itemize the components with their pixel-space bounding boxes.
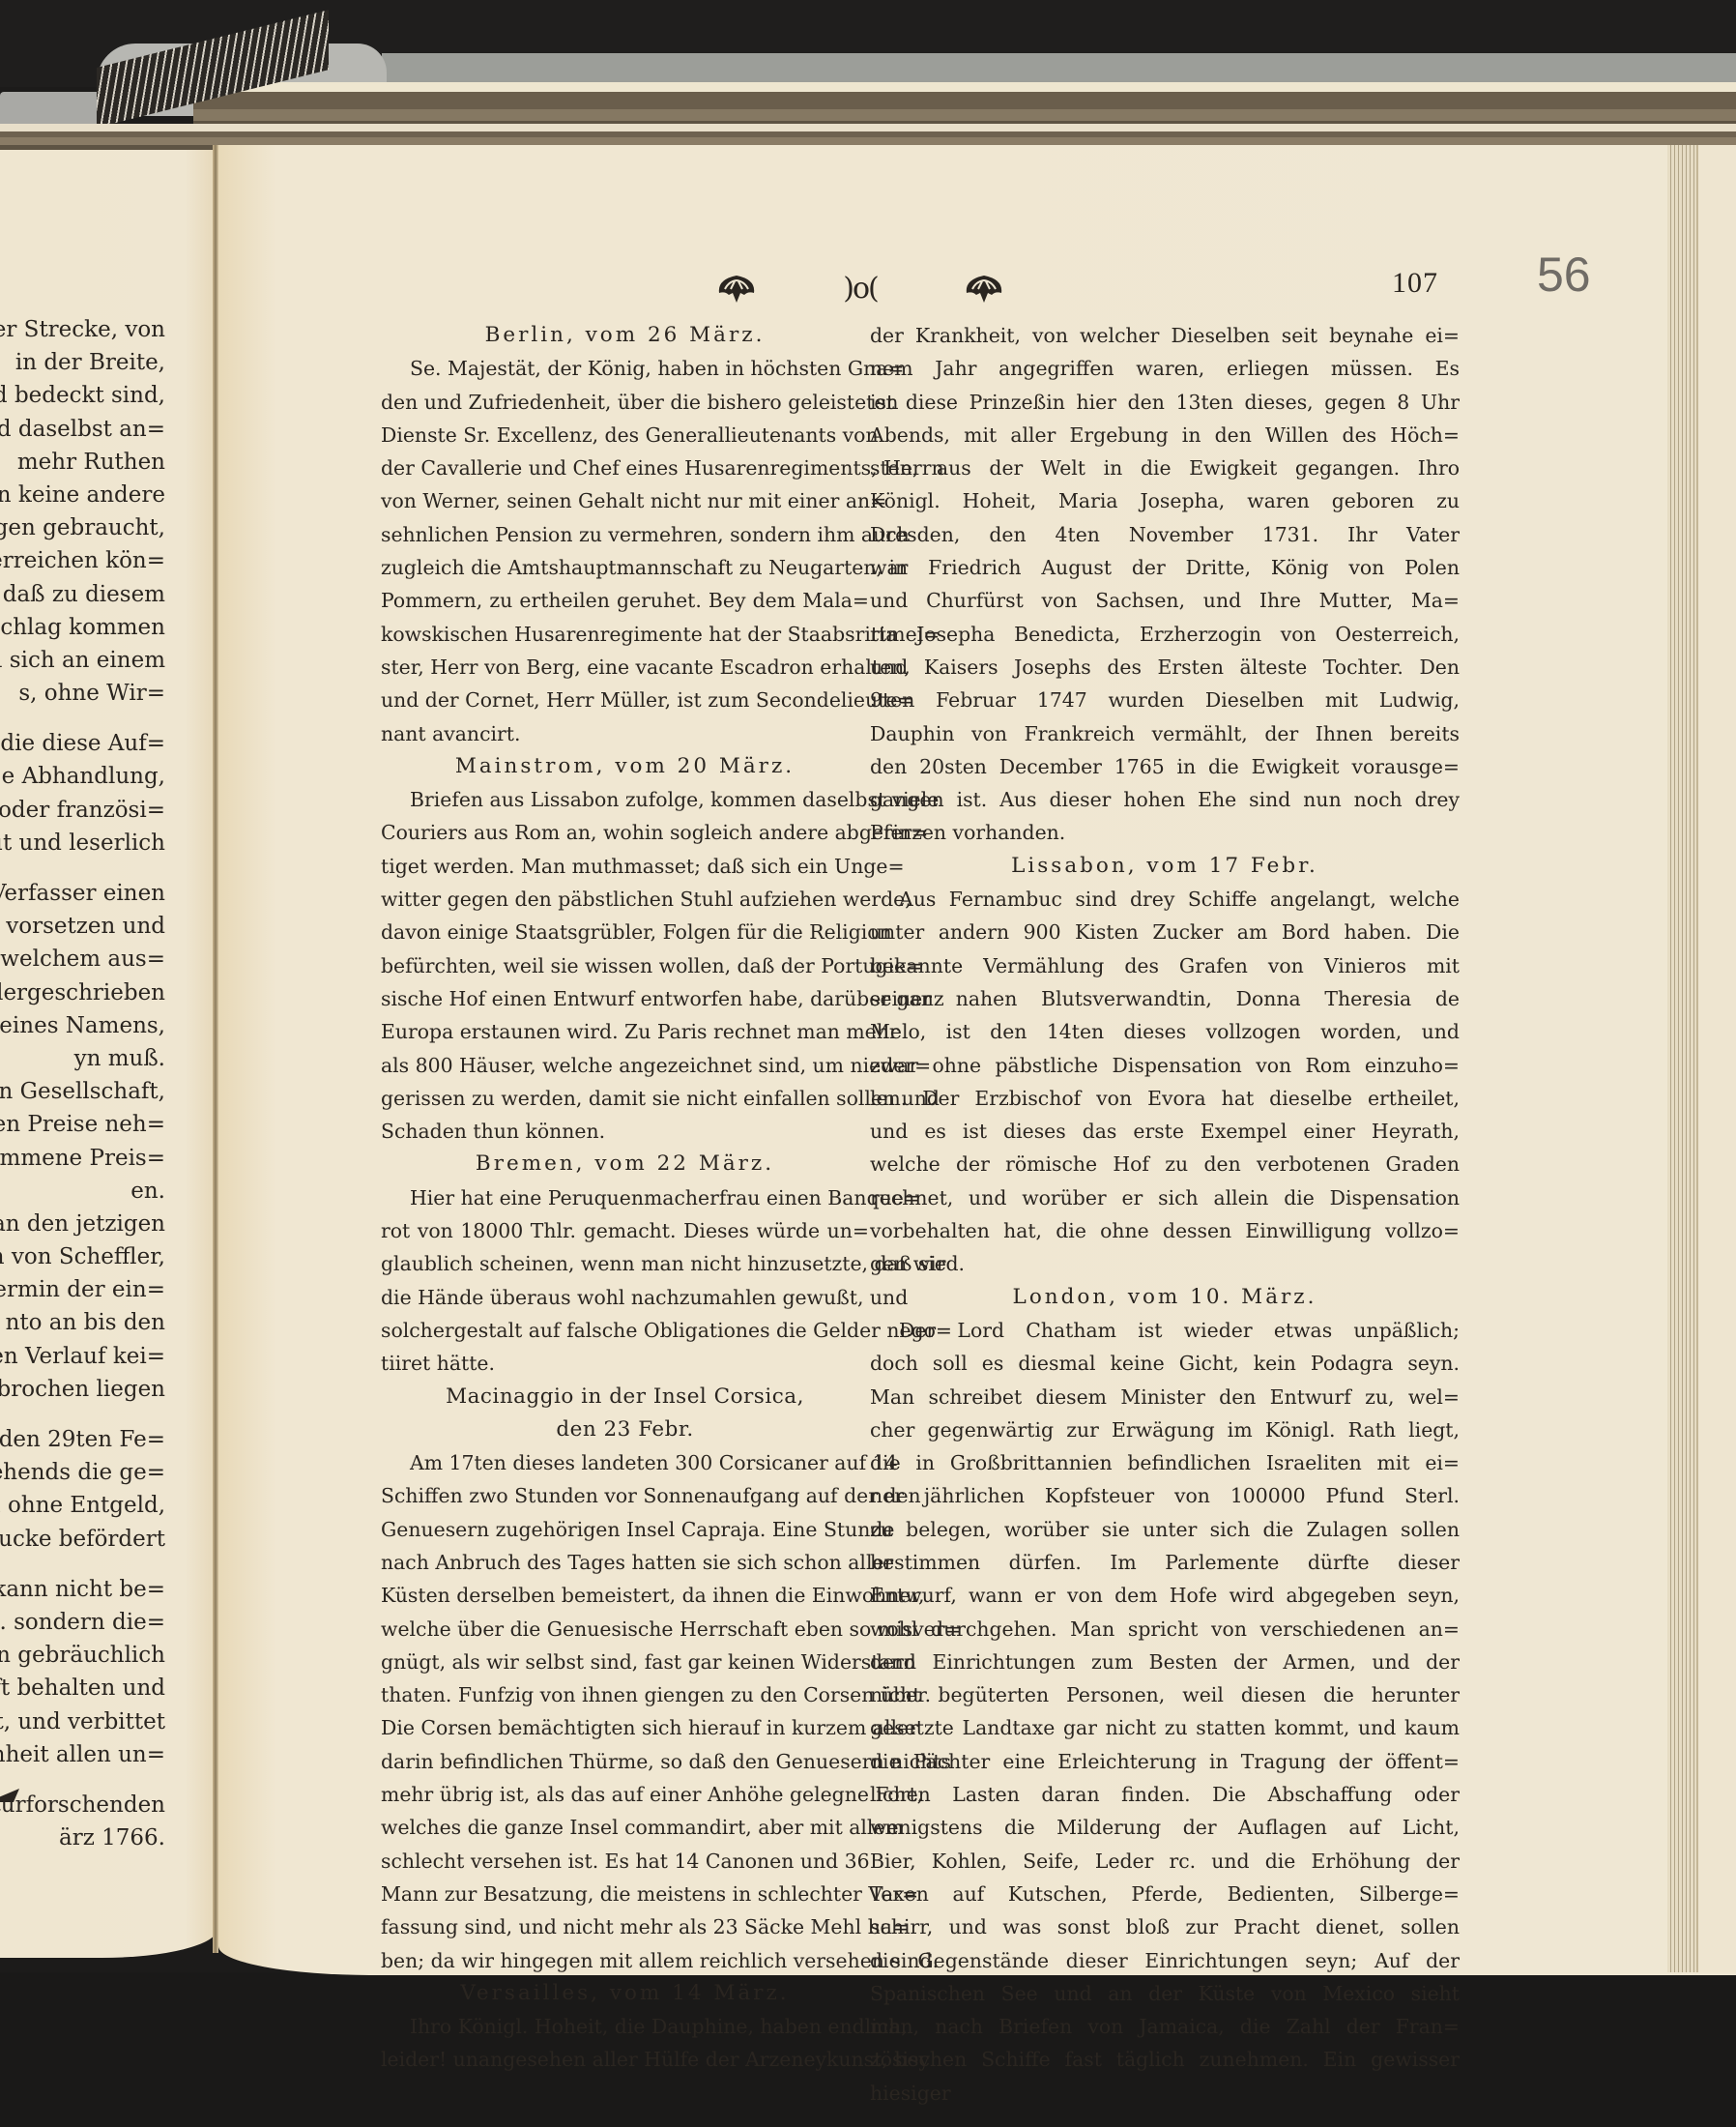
text-line: war Friedrich August der Dritte, König v… bbox=[870, 551, 1460, 584]
book-cover-edge bbox=[382, 53, 1736, 82]
text-line-fragment: . an den jetzigen bbox=[0, 1208, 165, 1240]
text-line-fragment: f den 29ten Fe= bbox=[0, 1423, 165, 1456]
text-line: Man schreibet diesem Minister den Entwur… bbox=[870, 1381, 1460, 1413]
text-line: unter andern 900 Kisten Zucker am Bord h… bbox=[870, 916, 1460, 948]
text-line-fragment: niedergeschrieben bbox=[0, 976, 165, 1009]
text-line: den und Zufriedenheit, über die bishero … bbox=[381, 386, 869, 419]
text-line: Taxen auf Kutschen, Pferde, Bedienten, S… bbox=[870, 1878, 1460, 1910]
text-line-fragment: enheit allen un= bbox=[0, 1738, 165, 1771]
text-line: witter gegen den päbstlichen Stuhl aufzi… bbox=[381, 883, 869, 916]
text-line: und es ist dieses das erste Exempel eine… bbox=[870, 1115, 1460, 1148]
text-line: Prinzen vorhanden. bbox=[870, 816, 1460, 849]
text-line: Genuesern zugehörigen Insel Capraja. Ein… bbox=[381, 1513, 869, 1546]
page-number: 107 bbox=[1392, 267, 1438, 300]
text-line-fragment: d ohne Entgeld, bbox=[0, 1489, 165, 1522]
text-line: gesetzte Landtaxe gar nicht zu statten k… bbox=[870, 1711, 1460, 1744]
text-line: die Pächter eine Erleichterung in Tragun… bbox=[870, 1745, 1460, 1778]
text-line: sten, aus der Welt in die Ewigkeit gegan… bbox=[870, 452, 1460, 484]
text-line-fragment: ht erreichen kön= bbox=[0, 544, 165, 577]
text-line: solchergestalt auf falsche Obligationes … bbox=[381, 1314, 869, 1347]
page-fore-edge-outer bbox=[1696, 145, 1736, 1972]
text-line: und Churfürst von Sachsen, und Ihre Mutt… bbox=[870, 584, 1460, 617]
text-line: man, nach Briefen von Jamaica, die Zahl … bbox=[870, 2010, 1460, 2043]
text-line-fragment: Drucke befördert bbox=[0, 1523, 165, 1556]
paragraph-gap bbox=[0, 1406, 165, 1423]
text-line: kowskischen Husarenregimente hat der Sta… bbox=[381, 618, 869, 651]
text-line-fragment: seines Namens, bbox=[0, 1009, 165, 1042]
article-dateline: Berlin, vom 26 März. bbox=[381, 319, 869, 352]
paragraph-gap bbox=[0, 860, 165, 877]
text-line: tiiret hätte. bbox=[381, 1347, 869, 1380]
text-line: bestimmen dürfen. Im Parlemente dürfte d… bbox=[870, 1546, 1460, 1579]
text-line: von Werner, seinen Gehalt nicht nur mit … bbox=[381, 484, 869, 517]
text-line: davon einige Staatsgrübler, Folgen für d… bbox=[381, 916, 869, 948]
text-line: zugleich die Amtshauptmannschaft zu Neug… bbox=[381, 551, 869, 584]
text-line: welche über die Genuesische Herrschaft e… bbox=[381, 1613, 869, 1646]
text-line: sehnlichen Pension zu vermehren, sondern… bbox=[381, 518, 869, 551]
text-line-fragment: n sich an einem bbox=[0, 644, 165, 677]
text-line: cher gegenwärtig zur Erwägung im Königl.… bbox=[870, 1413, 1460, 1446]
text-line: Königl. Hoheit, Maria Josepha, waren geb… bbox=[870, 484, 1460, 517]
text-line: Europa erstaunen wird. Zu Paris rechnet … bbox=[381, 1015, 869, 1048]
text-line: nant avancirt. bbox=[381, 717, 869, 750]
text-line: und der Cornet, Herr Müller, ist zum Sec… bbox=[381, 684, 869, 716]
text-line: tiget werden. Man muthmasset; daß sich e… bbox=[381, 850, 869, 883]
text-line: Abends, mit aller Ergebung in den Willen… bbox=[870, 419, 1460, 452]
text-line: befürchten, weil sie wissen wollen, daß … bbox=[381, 949, 869, 982]
text-line-fragment: h vorsetzen und bbox=[0, 910, 165, 943]
text-line: 9ten Februar 1747 wurden Dieselben mit L… bbox=[870, 684, 1460, 716]
text-line-fragment: ten Preise neh= bbox=[0, 1108, 165, 1141]
text-line: ist diese Prinzeßin hier den 13ten diese… bbox=[870, 386, 1460, 419]
article-dateline: Macinaggio in der Insel Corsica, bbox=[381, 1381, 869, 1413]
text-line: die in Großbrittannien befindlichen Isra… bbox=[870, 1446, 1460, 1479]
text-line-fragment: f welchem aus= bbox=[0, 943, 165, 976]
text-line-fragment: nto an bis den bbox=[0, 1306, 165, 1339]
article-dateline: Lissabon, vom 17 Febr. bbox=[870, 850, 1460, 883]
text-line: vorbehalten hat, die ohne dessen Einwill… bbox=[870, 1214, 1460, 1247]
text-line-fragment: gen gebraucht, bbox=[0, 511, 165, 544]
article-dateline: Mainstrom, vom 20 März. bbox=[381, 750, 869, 783]
text-line: Briefen aus Lissabon zufolge, kommen das… bbox=[381, 783, 869, 816]
article-dateline: den 23 Febr. bbox=[381, 1413, 869, 1446]
text-line-fragment: kommene Preis= bbox=[0, 1142, 165, 1175]
text-line-fragment: Verfasser einen bbox=[0, 877, 165, 910]
text-line: rot von 18000 Thlr. gemacht. Dieses würd… bbox=[381, 1214, 869, 1247]
text-line-fragment: n von Scheffler, bbox=[0, 1240, 165, 1273]
text-line: Melo, ist den 14ten dieses vollzogen wor… bbox=[870, 1015, 1460, 1048]
text-line: lichen Lasten daran finden. Die Abschaff… bbox=[870, 1778, 1460, 1811]
pencil-archive-number: 56 bbox=[1537, 247, 1591, 303]
text-line: schlecht versehen ist. Es hat 14 Canonen… bbox=[381, 1845, 869, 1878]
text-line: Mann zur Besatzung, die meistens in schl… bbox=[381, 1878, 869, 1910]
text-line: gen wird. bbox=[870, 1247, 1460, 1280]
text-line: nach Anbruch des Tages hatten sie sich s… bbox=[381, 1546, 869, 1579]
text-line: gerissen zu werden, damit sie nicht einf… bbox=[381, 1082, 869, 1115]
text-line: thaten. Funfzig von ihnen giengen zu den… bbox=[381, 1678, 869, 1711]
text-line-fragment: hten gebräuchlich bbox=[0, 1639, 165, 1672]
text-line: sische Hof einen Entwurf entworfen habe,… bbox=[381, 982, 869, 1015]
text-line-fragment: mehr Ruthen bbox=[0, 446, 165, 479]
text-line: leider! unangesehen aller Hülfe der Arze… bbox=[381, 2043, 869, 2076]
text-line: ner jährlichen Kopfsteuer von 100000 Pfu… bbox=[870, 1479, 1460, 1512]
text-line-fragment: daß zu diesem bbox=[0, 578, 165, 611]
text-line: Küsten derselben bemeistert, da ihnen di… bbox=[381, 1579, 869, 1612]
shell-ornament-icon bbox=[715, 272, 758, 305]
text-line: der Cavallerie und Chef eines Husarenreg… bbox=[381, 452, 869, 484]
text-line: ria Josepha Benedicta, Erzherzogin von O… bbox=[870, 618, 1460, 651]
text-line-fragment: and daselbst an= bbox=[0, 413, 165, 446]
text-line: Am 17ten dieses landeten 300 Corsicaner … bbox=[381, 1446, 869, 1479]
text-line: Couriers aus Rom an, wohin sogleich ande… bbox=[381, 816, 869, 849]
text-line: glaublich scheinen, wenn man nicht hinzu… bbox=[381, 1247, 869, 1280]
paragraph-gap bbox=[0, 1771, 165, 1789]
text-line: Dauphin von Frankreich vermählt, der Ihn… bbox=[870, 717, 1460, 750]
article-dateline: Bremen, vom 22 März. bbox=[381, 1148, 869, 1180]
text-line: die Gegenstände dieser Einrichtungen sey… bbox=[870, 1944, 1460, 1977]
text-line-fragment: n oder französi= bbox=[0, 794, 165, 827]
text-line: seiner nahen Blutsverwandtin, Donna Ther… bbox=[870, 982, 1460, 1015]
text-line-fragment: and bedeckt sind, bbox=[0, 379, 165, 412]
text-line-fragment: en. bbox=[0, 1175, 165, 1208]
text-line: Spanischen See und an der Küste von Mexi… bbox=[870, 1977, 1460, 2010]
text-line-fragment: yn muß. bbox=[0, 1042, 165, 1075]
article-dateline: Versailles, vom 14 März. bbox=[381, 1977, 869, 2010]
text-line: nicht begüterten Personen, weil diesen d… bbox=[870, 1678, 1460, 1711]
text-line: welches die ganze Insel commandirt, aber… bbox=[381, 1811, 869, 1844]
text-line: dern Einrichtungen zum Besten der Armen,… bbox=[870, 1646, 1460, 1678]
page-header-ornaments: )o( bbox=[715, 269, 1005, 307]
article-dateline: London, vom 10. März. bbox=[870, 1281, 1460, 1314]
divider-ornament-icon: )o( bbox=[843, 272, 877, 306]
page-fore-edge bbox=[1667, 145, 1696, 1972]
book-gutter bbox=[213, 145, 218, 1953]
text-line: gangen ist. Aus dieser hohen Ehe sind nu… bbox=[870, 783, 1460, 816]
text-line-fragment: erbrochen liegen bbox=[0, 1373, 165, 1406]
text-line: welche der römische Hof zu den verbotene… bbox=[870, 1148, 1460, 1180]
text-line: Aus Fernambuc sind drey Schiffe angelang… bbox=[870, 883, 1460, 916]
text-line-fragment: e Abhandlung, bbox=[0, 760, 165, 793]
text-line-fragment: gehends die ge= bbox=[0, 1456, 165, 1489]
text-line: Bier, Kohlen, Seife, Leder rc. und die E… bbox=[870, 1845, 1460, 1878]
text-line-fragment: in der Breite, bbox=[0, 346, 165, 379]
text-line-fragment: er Strecke, von bbox=[0, 313, 165, 346]
text-line-fragment: . kann nicht be= bbox=[0, 1573, 165, 1606]
text-line: bekannte Vermählung des Grafen von Vinie… bbox=[870, 949, 1460, 982]
text-line-fragment: s, ohne Wir= bbox=[0, 677, 165, 710]
text-line-fragment: ärz 1766. bbox=[0, 1821, 165, 1854]
text-line: Hier hat eine Peruquenmacherfrau einen B… bbox=[381, 1181, 869, 1214]
text-column-right: der Krankheit, von welcher Dieselben sei… bbox=[870, 319, 1460, 2110]
text-line: Dienste Sr. Excellenz, des Generallieute… bbox=[381, 419, 869, 452]
text-line: zu belegen, worüber sie unter sich die Z… bbox=[870, 1513, 1460, 1546]
text-line-fragment: n keine andere bbox=[0, 479, 165, 511]
text-line: Pommern, zu ertheilen geruhet. Bey dem M… bbox=[381, 584, 869, 617]
text-line: Schiffen zwo Stunden vor Sonnenaufgang a… bbox=[381, 1479, 869, 1512]
text-line: Dresden, den 4ten November 1731. Ihr Vat… bbox=[870, 518, 1460, 551]
text-line: len. Der Erzbischof von Evora hat diesel… bbox=[870, 1082, 1460, 1115]
text-column-left: Berlin, vom 26 März.Se. Majestät, der Kö… bbox=[381, 319, 869, 2077]
text-line: wohl durchgehen. Man spricht von verschi… bbox=[870, 1613, 1460, 1646]
text-line-fragment: Termin der ein= bbox=[0, 1273, 165, 1306]
text-line: Entwurf, wann er von dem Hofe wird abgeg… bbox=[870, 1579, 1460, 1612]
text-line-fragment: gut und leserlich bbox=[0, 827, 165, 860]
previous-page-text-column: er Strecke, vonin der Breite,and bedeckt… bbox=[0, 313, 165, 1854]
text-line: ster, Herr von Berg, eine vacante Escadr… bbox=[381, 651, 869, 684]
text-line: ben; da wir hingegen mit allem reichlich… bbox=[381, 1944, 869, 1977]
text-line: fassung sind, und nicht mehr als 23 Säck… bbox=[381, 1910, 869, 1943]
text-line: schirr, und was sonst bloß zur Pracht di… bbox=[870, 1910, 1460, 1943]
text-line: nem Jahr angegriffen waren, erliegen müs… bbox=[870, 352, 1460, 385]
text-line-fragment: ssen Verlauf kei= bbox=[0, 1340, 165, 1373]
text-line: der Krankheit, von welcher Dieselben sei… bbox=[870, 319, 1460, 352]
text-line: Se. Majestät, der König, haben in höchst… bbox=[381, 352, 869, 385]
paragraph-gap bbox=[0, 710, 165, 727]
text-line: und Kaisers Josephs des Ersten älteste T… bbox=[870, 651, 1460, 684]
text-line: Der Lord Chatham ist wieder etwas unpäßl… bbox=[870, 1314, 1460, 1347]
text-line: die Hände überaus wohl nachzumahlen gewu… bbox=[381, 1281, 869, 1314]
text-line: Ihro Königl. Hoheit, die Dauphine, haben… bbox=[381, 2010, 869, 2043]
catchword: hiesiger bbox=[870, 2077, 1460, 2110]
text-line-fragment: , die diese Auf= bbox=[0, 727, 165, 760]
text-line: Schaden thun können. bbox=[381, 1115, 869, 1148]
text-line: zwar ohne päbstliche Dispensation von Ro… bbox=[870, 1049, 1460, 1082]
text-line: rechnet, und worüber er sich allein die … bbox=[870, 1181, 1460, 1214]
text-line: wenigstens die Milderung der Auflagen au… bbox=[870, 1811, 1460, 1844]
shell-ornament-icon bbox=[963, 272, 1005, 305]
text-line: den 20sten December 1765 in die Ewigkeit… bbox=[870, 750, 1460, 783]
text-line: doch soll es diesmal keine Gicht, kein P… bbox=[870, 1347, 1460, 1380]
text-line-fragment: aft behalten und bbox=[0, 1672, 165, 1705]
text-line: Die Corsen bemächtigten sich hierauf in … bbox=[381, 1711, 869, 1744]
text-line-fragment: n. sondern die= bbox=[0, 1606, 165, 1639]
text-line: als 800 Häuser, welche angezeichnet sind… bbox=[381, 1049, 869, 1082]
text-line-fragment: t, und verbittet bbox=[0, 1705, 165, 1738]
paragraph-gap bbox=[0, 1556, 165, 1573]
text-line: gnügt, als wir selbst sind, fast gar kei… bbox=[381, 1646, 869, 1678]
text-line-fragment: den Gesellschaft, bbox=[0, 1075, 165, 1108]
text-line-fragment: naturforschenden bbox=[0, 1789, 165, 1821]
text-line: darin befindlichen Thürme, so daß den Ge… bbox=[381, 1745, 869, 1778]
text-line: mehr übrig ist, als das auf einer Anhöhe… bbox=[381, 1778, 869, 1811]
text-line: zösischen Schiffe fast täglich zunehmen.… bbox=[870, 2043, 1460, 2076]
text-line-fragment: rschlag kommen bbox=[0, 611, 165, 644]
